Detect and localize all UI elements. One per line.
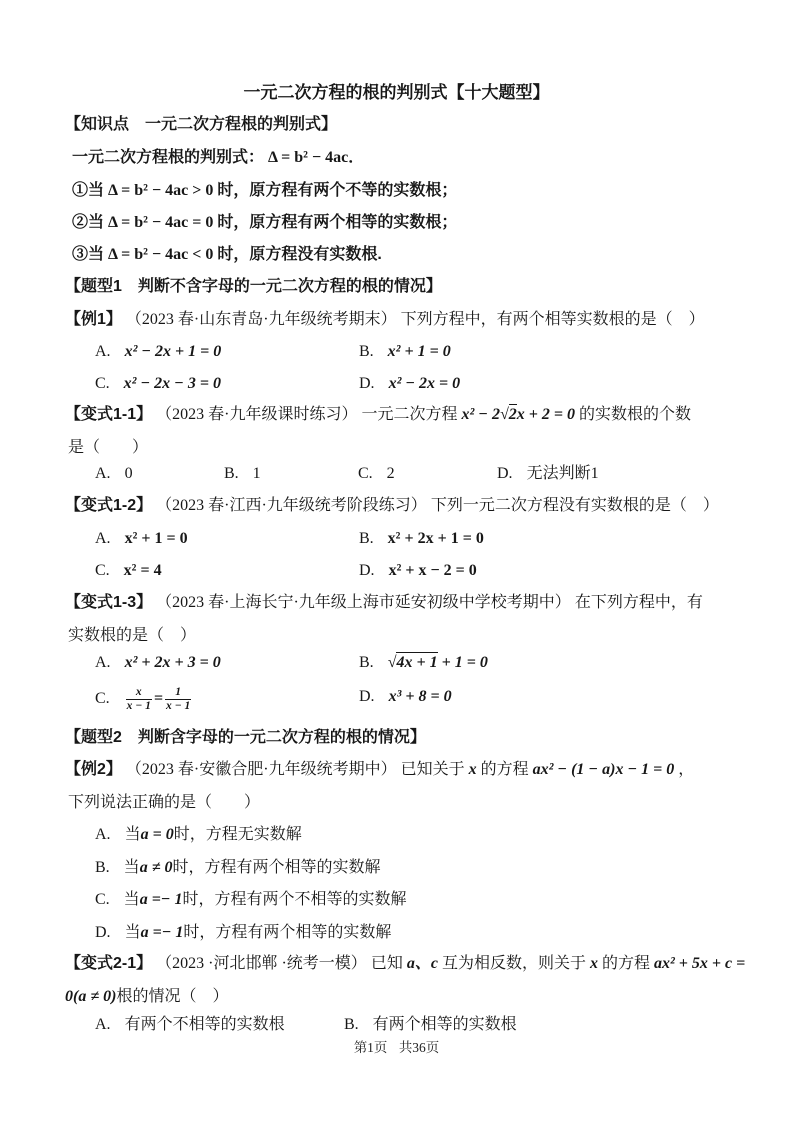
option-c: C. x² = 4 [95,560,355,582]
variant12-options-row-2: C. x² = 4 D. x² + x − 2 = 0 [95,560,477,582]
option-a: A. x² + 1 = 0 [95,528,355,550]
knowledge-heading: 【知识点 一元二次方程根的判别式】 [65,114,337,136]
option-condition: a =− 1 [141,924,184,941]
footer-total-pages: 共36页 [399,1040,440,1055]
option-equation: x² − 2x + 1 = 0 [125,343,222,360]
option-equation: x² + 1 = 0 [388,343,451,360]
option-b: B. x² + 1 = 0 [359,341,451,363]
option-label: D. [359,686,375,708]
example1-source: （2023 春·山东青岛·九年级统考期末） [126,311,397,328]
variant11-post: 的实数根的个数 [579,406,691,423]
example2-equation: ax² − (1 − a)x − 1 = 0 [533,761,675,778]
item-post: 时，原方程没有实数根. [217,246,381,263]
option-pre: 当 [125,826,141,843]
example2-source: （2023 春·安徽合肥·九年级统考期中） [126,761,397,778]
variant11-pre: 一元二次方程 [361,406,461,423]
option-pre: 当 [124,891,140,908]
option-text: 0 [125,465,133,482]
option-pre: 当 [125,924,141,941]
option-d: D. x² + x − 2 = 0 [359,560,477,582]
variant13-options-row-2: C. xx − 1=1x − 1 D. x³ + 8 = 0 [95,686,452,713]
option-label: C. [95,560,110,582]
item-post: 时，原方程有两个不等的实数根； [217,182,457,199]
document-page: 一元二次方程的根的判别式【十大题型】 【知识点 一元二次方程根的判别式】 一元二… [0,0,793,1122]
option-equation: x² = 4 [124,562,162,579]
option-post: 时，方程有两个相等的实数解 [183,924,391,941]
knowledge-item-3: ③当 Δ = b² − 4ac < 0 时，原方程没有实数根. [72,244,382,266]
option-equation: xx − 1=1x − 1 [124,690,194,707]
option-c: C. 2 [358,463,493,485]
variant12-source: （2023 春·江西·九年级统考阶段练习） [156,497,427,514]
option-label: B. [359,528,374,550]
fraction: xx − 1 [126,686,152,713]
option-equation: √4x + 1 + 1 = 0 [388,652,488,671]
option-label: B. [95,857,110,879]
option-equation: x² + 1 = 0 [125,530,188,547]
example2-post: ， [678,761,694,778]
variant21-equation-part2: 0(a ≠ 0) [65,988,116,1005]
option-equation: x² + 2x + 1 = 0 [388,530,484,547]
example1-tag: 【例1】 [65,311,122,328]
page-title: 一元二次方程的根的判别式【十大题型】 [0,82,793,104]
option-text: 有两个相等的实数根 [373,1016,517,1033]
option-c: C. xx − 1=1x − 1 [95,686,355,713]
option-label: C. [358,463,373,485]
variant21-options-row: A. 有两个不相等的实数根 B. 有两个相等的实数根 [95,1014,517,1036]
option-label: C. [95,373,110,395]
example2-option-d: D. 当a =− 1时，方程有两个相等的实数解 [95,922,391,944]
option-a: A. 0 [95,463,220,485]
option-b: B. x² + 2x + 1 = 0 [359,528,484,550]
option-a: A. 有两个不相等的实数根 [95,1014,340,1036]
option-d: D. x³ + 8 = 0 [359,686,452,708]
equation-part: + 1 = 0 [438,654,488,671]
option-b: B. 有两个相等的实数根 [344,1014,517,1036]
option-label: A. [95,1014,111,1036]
example2-stem-line2: 下列说法正确的是（ ） [68,792,260,814]
example2-option-a: A. 当a = 0时，方程无实数解 [95,824,302,846]
option-b: B. 1 [224,463,354,485]
option-equation: x² − 2x − 3 = 0 [124,375,221,392]
equals-sign: = [154,690,163,707]
option-label: A. [95,652,111,674]
option-b: B. √4x + 1 + 1 = 0 [359,652,488,674]
topic1-heading: 【题型1 判断不含字母的一元二次方程的根的情况】 [65,276,442,298]
option-label: B. [344,1014,359,1036]
option-label: B. [359,341,374,363]
option-d: D. x² − 2x = 0 [359,373,460,395]
variant21-stem: 【变式2-1】 （2023 ·河北邯郸 ·统考一模） 已知 a、c 互为相反数，… [65,953,745,975]
option-condition: a = 0 [141,826,174,843]
variant12-tag: 【变式1-2】 [65,497,152,514]
variant11-source: （2023 春·九年级课时练习） [156,406,357,423]
item-pre: ③当 [72,246,104,263]
option-post: 时，方程无实数解 [174,826,302,843]
variant12-question: 下列一元二次方程没有实数根的是（ ） [431,497,719,514]
variant11-options-row: A. 0 B. 1 C. 2 D. 无法判断1 [95,463,599,485]
page-footer: 第1页 共36页 [0,1037,793,1059]
option-text: 无法判断1 [527,465,599,482]
variant11-stem: 【变式1-1】 （2023 春·九年级课时练习） 一元二次方程 x² − 2√2… [65,404,691,426]
variant11-stem-line2: 是（ ） [68,437,148,459]
fraction: 1x − 1 [165,686,191,713]
item-formula: Δ = b² − 4ac > 0 [108,182,213,199]
variant21-stem-line2: 0(a ≠ 0)根的情况（ ） [65,986,228,1008]
option-label: C. [95,688,110,710]
item-pre: ①当 [72,182,104,199]
equation-part: x + 2 = 0 [517,406,575,423]
variant21-tag: 【变式2-1】 [65,955,152,972]
option-text: 2 [387,465,395,482]
option-label: B. [224,463,239,485]
variant13-tag: 【变式1-3】 [65,594,152,611]
option-label: A. [95,463,111,485]
fraction-numerator: 1 [165,686,191,700]
item-post: 时，原方程有两个相等的实数根； [217,214,457,231]
option-a: A. x² + 2x + 3 = 0 [95,652,355,674]
item-formula: Δ = b² − 4ac = 0 [108,214,213,231]
option-label: D. [359,373,375,395]
footer-page-number: 第1页 [354,1040,388,1055]
knowledge-intro-label: 一元二次方程根的判别式： [72,149,264,166]
option-text: 有两个不相等的实数根 [125,1016,285,1033]
example1-options-row-1: A. x² − 2x + 1 = 0 B. x² + 1 = 0 [95,341,451,363]
option-text: 1 [253,465,261,482]
variant12-stem: 【变式1-2】 （2023 春·江西·九年级统考阶段练习） 下列一元二次方程没有… [65,495,719,517]
option-post: 时，方程有两个不相等的实数解 [183,891,407,908]
option-equation: x² + x − 2 = 0 [389,562,477,579]
equation-part: x² − 2√ [462,406,509,423]
variant11-equation: x² − 2√2x + 2 = 0 [462,404,576,423]
variant13-options-row-1: A. x² + 2x + 3 = 0 B. √4x + 1 + 1 = 0 [95,652,488,674]
radicand: 2 [509,404,517,423]
option-post: 时，方程有两个相等的实数解 [172,859,380,876]
variant13-stem: 【变式1-3】 （2023 春·上海长宁·九年级上海市延安初级中学校考期中） 在… [65,592,703,614]
variant13-source: （2023 春·上海长宁·九年级上海市延安初级中学校考期中） [156,594,571,611]
example1-question: 下列方程中，有两个相等实数根的是（ ） [401,311,705,328]
knowledge-item-1: ①当 Δ = b² − 4ac > 0 时，原方程有两个不等的实数根； [72,180,457,202]
example1-stem: 【例1】 （2023 春·山东青岛·九年级统考期末） 下列方程中，有两个相等实数… [65,309,705,331]
item-formula: Δ = b² − 4ac < 0 [108,246,213,263]
option-label: C. [95,889,110,911]
variant13-question-part1: 在下列方程中，有 [575,594,703,611]
option-a: A. x² − 2x + 1 = 0 [95,341,355,363]
option-equation: x³ + 8 = 0 [389,688,452,705]
variant21-post: 根的情况（ ） [116,988,228,1005]
variant21-mid2: 的方程 [602,955,650,972]
topic2-heading: 【题型2 判断含字母的一元二次方程的根的情况】 [65,727,426,749]
variant21-source: （2023 ·河北邯郸 ·统考一模） [156,955,367,972]
radicand: 4x + 1 [396,652,437,671]
variable-x: x [469,761,477,778]
example2-mid: 的方程 [481,761,529,778]
variant12-options-row-1: A. x² + 1 = 0 B. x² + 2x + 1 = 0 [95,528,484,550]
variables-ac: a、c [407,955,438,972]
option-label: D. [95,922,111,944]
option-c: C. x² − 2x − 3 = 0 [95,373,355,395]
example1-options-row-2: C. x² − 2x − 3 = 0 D. x² − 2x = 0 [95,373,460,395]
example2-option-b: B. 当a ≠ 0时，方程有两个相等的实数解 [95,857,380,879]
fraction-denominator: x − 1 [126,700,152,713]
option-label: A. [95,528,111,550]
option-d: D. 无法判断1 [497,463,599,485]
option-equation: x² + 2x + 3 = 0 [125,654,221,671]
variable-x: x [590,955,598,972]
example2-pre: 已知关于 [401,761,469,778]
variant13-stem-line2: 实数根的是（ ） [68,625,196,647]
example2-stem: 【例2】 （2023 春·安徽合肥·九年级统考期中） 已知关于 x 的方程 ax… [65,759,694,781]
fraction-numerator: x [126,686,152,700]
option-condition: a ≠ 0 [140,859,173,876]
option-label: A. [95,341,111,363]
option-equation: x² − 2x = 0 [389,375,461,392]
knowledge-item-2: ②当 Δ = b² − 4ac = 0 时，原方程有两个相等的实数根； [72,212,457,234]
knowledge-intro: 一元二次方程根的判别式： Δ = b² − 4ac． [72,147,364,169]
option-condition: a =− 1 [140,891,183,908]
option-label: A. [95,824,111,846]
example2-tag: 【例2】 [65,761,122,778]
variant21-mid1: 互为相反数，则关于 [442,955,590,972]
example2-option-c: C. 当a =− 1时，方程有两个不相等的实数解 [95,889,407,911]
option-label: D. [359,560,375,582]
option-label: B. [359,652,374,674]
item-pre: ②当 [72,214,104,231]
fraction-denominator: x − 1 [165,700,191,713]
discriminant-formula: Δ = b² − 4ac． [268,149,364,166]
option-label: D. [497,463,513,485]
variant21-equation: ax² + 5x + c = [654,955,745,972]
variant21-pre: 已知 [371,955,407,972]
option-pre: 当 [124,859,140,876]
variant11-tag: 【变式1-1】 [65,406,152,423]
